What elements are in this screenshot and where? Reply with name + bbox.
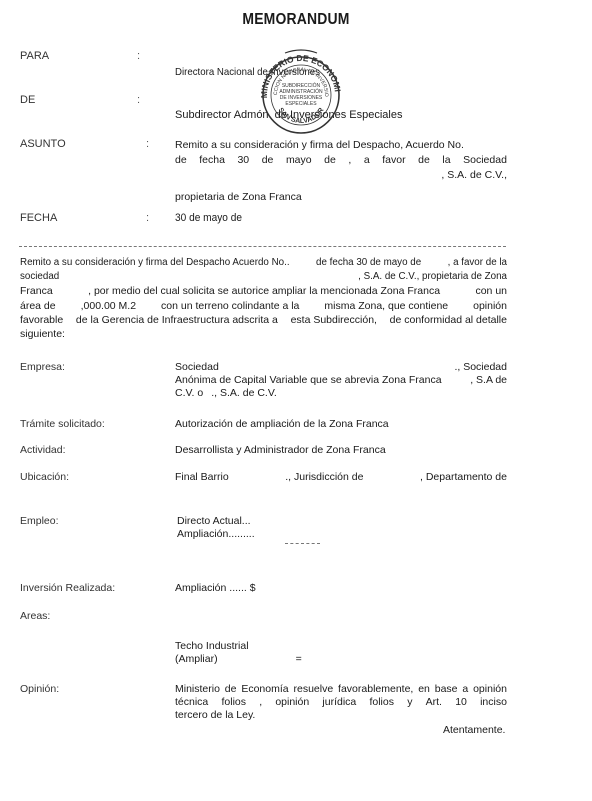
body-line: siguiente: xyxy=(20,327,507,341)
field-label: Trámite solicitado: xyxy=(20,418,105,430)
text-segment: con un terreno colindante a la xyxy=(161,299,299,313)
field-value: Desarrollista y Administrador de Zona Fr… xyxy=(175,444,507,457)
text-segment: de xyxy=(262,153,274,168)
field-line: Autorización de ampliación de la Zona Fr… xyxy=(175,418,507,431)
sum-separator-dashes xyxy=(285,543,320,544)
text-segment: , a favor de la xyxy=(448,256,507,270)
field-line: Sociedad., Sociedad xyxy=(175,361,507,374)
text-segment: ,000.00 M.2 xyxy=(81,299,136,313)
svg-text:SUBDIRECCIÓN: SUBDIRECCIÓN xyxy=(282,82,321,89)
field-value: Directo Actual...Ampliación......... xyxy=(177,515,509,541)
field-value: Sociedad., SociedadAnónima de Capital Va… xyxy=(175,361,507,400)
field-line: Directo Actual... xyxy=(177,515,509,528)
body-line: sociedad, S.A. de C.V., propietaria de Z… xyxy=(20,270,507,284)
text-segment: fecha xyxy=(199,153,225,168)
field-line: Ampliación ...... $ xyxy=(175,582,507,595)
text-segment: , S.A de xyxy=(470,374,507,387)
fecha-colon: : xyxy=(146,212,149,224)
field-label: Areas: xyxy=(20,610,50,622)
text-segment: Directo Actual... xyxy=(177,515,251,528)
svg-text:SAN SALVADOR: SAN SALVADOR xyxy=(277,107,326,125)
text-segment: Desarrollista y Administrador de Zona Fr… xyxy=(175,444,386,457)
de-colon: : xyxy=(137,94,140,106)
field-label: Empresa: xyxy=(20,361,65,373)
text-segment: Sociedad xyxy=(463,153,507,168)
document-title: MEMORANDUM xyxy=(30,11,563,29)
field-label: Opinión: xyxy=(20,683,59,695)
text-segment: Economía xyxy=(241,683,288,696)
text-segment: opinión xyxy=(473,299,507,313)
asunto-line: defecha30demayode,afavordelaSociedad xyxy=(175,153,507,168)
text-segment: C.V. o xyxy=(175,387,203,400)
text-segment: , Departamento de xyxy=(420,471,507,484)
text-segment: (Ampliar) xyxy=(175,653,218,666)
text-segment: a xyxy=(364,153,370,168)
text-segment: ., Jurisdicción de xyxy=(285,471,363,484)
field-value: Final Barrio., Jurisdicción de, Departam… xyxy=(175,471,507,484)
field-line: C.V. o., S.A. de C.V. xyxy=(175,387,507,400)
text-segment: sociedad xyxy=(20,270,59,284)
text-segment: de la Gerencia de Infraestructura adscri… xyxy=(76,313,278,327)
text-segment: de xyxy=(324,153,336,168)
text-segment: resuelve xyxy=(293,683,333,696)
text-segment: Franca xyxy=(20,284,53,298)
field-label: Ubicación: xyxy=(20,471,69,483)
text-segment: área de xyxy=(20,299,56,313)
text-segment: y xyxy=(407,696,412,709)
text-segment: opinión xyxy=(473,683,507,696)
text-segment: favor xyxy=(382,153,405,168)
body-line: área de,000.00 M.2con un terreno colinda… xyxy=(20,299,507,313)
para-label: PARA xyxy=(20,50,49,62)
text-segment: ., S.A. de C.V. xyxy=(211,387,277,400)
text-segment: base xyxy=(435,683,458,696)
text-segment: , S.A. de C.V., xyxy=(441,168,507,183)
text-segment: de conformidad al detalle xyxy=(390,313,507,327)
field-label: Actividad: xyxy=(20,444,66,456)
de-label: DE xyxy=(20,94,35,106)
text-segment: de xyxy=(175,153,187,168)
text-segment: esta Subdirección, xyxy=(291,313,377,327)
text-segment: Remito a su consideración y firma del De… xyxy=(175,138,464,153)
asunto-value: Remito a su consideración y firma del De… xyxy=(175,138,507,205)
field-label: Empleo: xyxy=(20,515,59,527)
text-segment: 30 xyxy=(237,153,249,168)
asunto-line: propietaria de Zona Franca xyxy=(175,190,507,205)
field-line: Anónima de Capital Variable que se abrev… xyxy=(175,374,507,387)
text-segment: inciso xyxy=(480,696,507,709)
text-segment: Ampliación ...... $ xyxy=(175,582,256,595)
text-segment: Techo Industrial xyxy=(175,640,249,653)
fecha-value: 30 de mayo de xyxy=(175,212,242,224)
field-line: Desarrollista y Administrador de Zona Fr… xyxy=(175,444,507,457)
text-segment: de xyxy=(418,153,430,168)
field-value: Ampliación ...... $ xyxy=(175,582,507,595)
text-segment: jurídica xyxy=(322,696,356,709)
text-segment: ., Sociedad xyxy=(454,361,507,374)
text-segment: de xyxy=(225,683,237,696)
text-segment: folios xyxy=(221,696,246,709)
text-segment: tercero de la Ley. xyxy=(175,709,255,722)
text-segment: siguiente: xyxy=(20,327,65,341)
text-segment: Sociedad xyxy=(175,361,219,374)
body-line: favorablede la Gerencia de Infraestructu… xyxy=(20,313,507,327)
text-segment: favorable xyxy=(20,313,63,327)
text-segment: de fecha 30 de mayo de xyxy=(316,256,421,270)
field-line: Ampliación......... xyxy=(177,528,509,541)
text-segment: la xyxy=(442,153,450,168)
text-segment: folios xyxy=(369,696,394,709)
field-value: MinisteriodeEconomíaresuelvefavorablemen… xyxy=(175,683,507,722)
text-segment: con un xyxy=(475,284,507,298)
asunto-line: , S.A. de C.V., xyxy=(175,168,507,183)
text-segment: técnica xyxy=(175,696,208,709)
svg-text:ESPECIALES: ESPECIALES xyxy=(285,101,317,107)
text-segment: Final Barrio xyxy=(175,471,229,484)
text-segment: Ministerio xyxy=(175,683,220,696)
body-paragraph: Remito a su consideración y firma del De… xyxy=(20,256,507,341)
text-segment: = xyxy=(296,653,302,666)
text-segment: , por medio del cual solicita se autoric… xyxy=(88,284,440,298)
field-line: tercero de la Ley. xyxy=(175,709,507,722)
text-segment: , S.A. de C.V., propietaria de Zona xyxy=(358,270,507,284)
text-segment: Ampliación......... xyxy=(177,528,255,541)
closing-text: Atentamente. xyxy=(443,724,505,736)
body-line: Franca, por medio del cual solicita se a… xyxy=(20,284,507,298)
text-segment: mayo xyxy=(286,153,312,168)
text-segment: , xyxy=(259,696,262,709)
field-line: MinisteriodeEconomíaresuelvefavorablemen… xyxy=(175,683,507,696)
para-colon: : xyxy=(137,50,140,62)
separator-line xyxy=(19,246,506,247)
asunto-label: ASUNTO xyxy=(20,138,66,150)
asunto-line: Remito a su consideración y firma del De… xyxy=(175,138,507,153)
field-value: Techo Industrial(Ampliar)= xyxy=(175,640,507,666)
text-segment: a xyxy=(462,683,468,696)
field-line: Final Barrio., Jurisdicción de, Departam… xyxy=(175,471,507,484)
body-line: Remito a su consideración y firma del De… xyxy=(20,256,507,270)
text-segment: opinión xyxy=(275,696,309,709)
fecha-label: FECHA xyxy=(20,212,57,224)
text-segment: Anónima de Capital Variable que se abrev… xyxy=(175,374,442,387)
text-segment: Art. xyxy=(426,696,442,709)
text-segment: Autorización de ampliación de la Zona Fr… xyxy=(175,418,389,431)
text-segment: Remito a su consideración y firma del De… xyxy=(20,256,290,270)
field-line: Techo Industrial xyxy=(175,640,507,653)
official-seal-stamp: MINISTERIO DE ECONOMIA DIRECCION NACIONA… xyxy=(255,45,347,137)
text-segment: misma Zona, que contiene xyxy=(324,299,448,313)
field-value: Autorización de ampliación de la Zona Fr… xyxy=(175,418,507,431)
seal-icon: MINISTERIO DE ECONOMIA DIRECCION NACIONA… xyxy=(255,45,347,137)
field-line: (Ampliar)= xyxy=(175,653,507,666)
text-segment: propietaria de Zona Franca xyxy=(175,190,302,205)
field-line: técnicafolios,opiniónjurídicafoliosyArt.… xyxy=(175,696,507,709)
text-segment: en xyxy=(418,683,430,696)
asunto-colon: : xyxy=(146,138,149,150)
text-segment: favorablemente, xyxy=(338,683,413,696)
text-segment: 10 xyxy=(455,696,467,709)
text-segment: , xyxy=(348,153,351,168)
svg-text:ADMINISTRACIÓN: ADMINISTRACIÓN xyxy=(279,88,323,95)
field-label: Inversión Realizada: xyxy=(20,582,115,594)
